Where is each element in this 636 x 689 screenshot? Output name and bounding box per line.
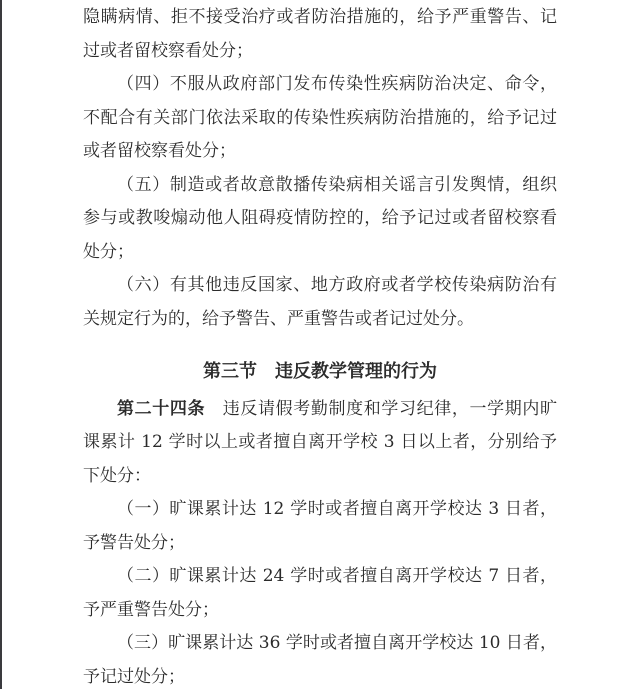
text-line: 隐瞒病情、拒不接受治疗或者防治措施的，给予严重警告、记 bbox=[83, 1, 557, 35]
bold-text-run: 第三节 违反教学管理的行为 bbox=[203, 361, 437, 382]
text-run: 下处分： bbox=[83, 466, 151, 486]
document-page: 隐瞒病情、拒不接受治疗或者防治措施的，给予严重警告、记过或者留校察看处分；（四）… bbox=[0, 0, 636, 689]
paragraph: （三）旷课累计达 36 学时或者擅自离开学校达 10 日者，给予记过处分； bbox=[83, 627, 557, 689]
bold-text-run: 第二十四条 bbox=[117, 399, 205, 419]
text-run: 或者留校察看处分； bbox=[83, 141, 236, 161]
text-run: 课累计 12 学时以上或者擅自离开学校 3 日以上者，分别给予如 bbox=[83, 432, 557, 460]
text-run: （二）旷课累计达 24 学时或者擅自离开学校达 7 日者，给 bbox=[117, 566, 557, 594]
text-line: 第二十四条 违反请假考勤制度和学习纪律，一学期内旷 bbox=[83, 393, 557, 427]
document-content: 隐瞒病情、拒不接受治疗或者防治措施的，给予严重警告、记过或者留校察看处分；（四）… bbox=[83, 1, 557, 689]
text-run: （四）不服从政府部门发布传染性疾病防治决定、命令， bbox=[117, 74, 557, 94]
text-line: 关规定行为的，给予警告、严重警告或者记过处分。 bbox=[83, 303, 557, 337]
text-line: 予严重警告处分； bbox=[83, 594, 557, 628]
text-run: （三）旷课累计达 36 学时或者擅自离开学校达 10 日者，给 bbox=[117, 633, 557, 661]
text-line: 过或者留校察看处分； bbox=[83, 35, 557, 69]
text-line: 处分； bbox=[83, 236, 557, 270]
text-run: 关规定行为的，给予警告、严重警告或者记过处分。 bbox=[83, 309, 474, 329]
text-line: 予记过处分； bbox=[83, 661, 557, 689]
paragraph: （五）制造或者故意散播传染病相关谣言引发舆情，组织参与或教唆煽动他人阻碍疫情防控… bbox=[83, 169, 557, 270]
text-line: （四）不服从政府部门发布传染性疾病防治决定、命令， bbox=[83, 68, 557, 102]
text-run: （六）有其他违反国家、地方政府或者学校传染病防治有 bbox=[117, 275, 557, 295]
paragraph: （六）有其他违反国家、地方政府或者学校传染病防治有关规定行为的，给予警告、严重警… bbox=[83, 269, 557, 336]
text-run: 予严重警告处分； bbox=[83, 600, 219, 620]
paragraph: （一）旷课累计达 12 学时或者擅自离开学校达 3 日者，给予警告处分； bbox=[83, 493, 557, 560]
text-line: 或者留校察看处分； bbox=[83, 135, 557, 169]
text-run: （一）旷课累计达 12 学时或者擅自离开学校达 3 日者，给 bbox=[117, 499, 557, 527]
text-line: 课累计 12 学时以上或者擅自离开学校 3 日以上者，分别给予如 bbox=[83, 426, 557, 460]
paragraph: （二）旷课累计达 24 学时或者擅自离开学校达 7 日者，给予严重警告处分； bbox=[83, 560, 557, 627]
text-line: （一）旷课累计达 12 学时或者擅自离开学校达 3 日者，给 bbox=[83, 493, 557, 527]
text-run: 违反请假考勤制度和学习纪律，一学期内旷 bbox=[205, 399, 557, 419]
text-run: 隐瞒病情、拒不接受治疗或者防治措施的，给予严重警告、记 bbox=[83, 7, 557, 27]
text-line: （二）旷课累计达 24 学时或者擅自离开学校达 7 日者，给 bbox=[83, 560, 557, 594]
text-line: 予警告处分； bbox=[83, 527, 557, 561]
text-run: 参与或教唆煽动他人阻碍疫情防控的，给予记过或者留校察看 bbox=[83, 208, 557, 228]
text-run: 予记过处分； bbox=[83, 667, 185, 687]
text-run: 过或者留校察看处分； bbox=[83, 41, 253, 61]
section-heading: 第三节 违反教学管理的行为 bbox=[83, 355, 557, 389]
paragraph: 第二十四条 违反请假考勤制度和学习纪律，一学期内旷课累计 12 学时以上或者擅自… bbox=[83, 393, 557, 494]
text-run: 予警告处分； bbox=[83, 533, 185, 553]
text-run: 不配合有关部门依法采取的传染性疾病防治措施的，给予记过 bbox=[83, 108, 557, 128]
heading-line: 第三节 违反教学管理的行为 bbox=[83, 355, 557, 389]
text-line: 下处分： bbox=[83, 460, 557, 494]
text-line: （五）制造或者故意散播传染病相关谣言引发舆情，组织 bbox=[83, 169, 557, 203]
text-line: 不配合有关部门依法采取的传染性疾病防治措施的，给予记过 bbox=[83, 102, 557, 136]
text-line: （三）旷课累计达 36 学时或者擅自离开学校达 10 日者，给 bbox=[83, 627, 557, 661]
paragraph: 隐瞒病情、拒不接受治疗或者防治措施的，给予严重警告、记过或者留校察看处分； bbox=[83, 1, 557, 68]
text-line: （六）有其他违反国家、地方政府或者学校传染病防治有 bbox=[83, 269, 557, 303]
text-line: 参与或教唆煽动他人阻碍疫情防控的，给予记过或者留校察看 bbox=[83, 202, 557, 236]
text-run: 处分； bbox=[83, 242, 134, 262]
paragraph: （四）不服从政府部门发布传染性疾病防治决定、命令，不配合有关部门依法采取的传染性… bbox=[83, 68, 557, 169]
text-run: （五）制造或者故意散播传染病相关谣言引发舆情，组织 bbox=[117, 175, 557, 195]
